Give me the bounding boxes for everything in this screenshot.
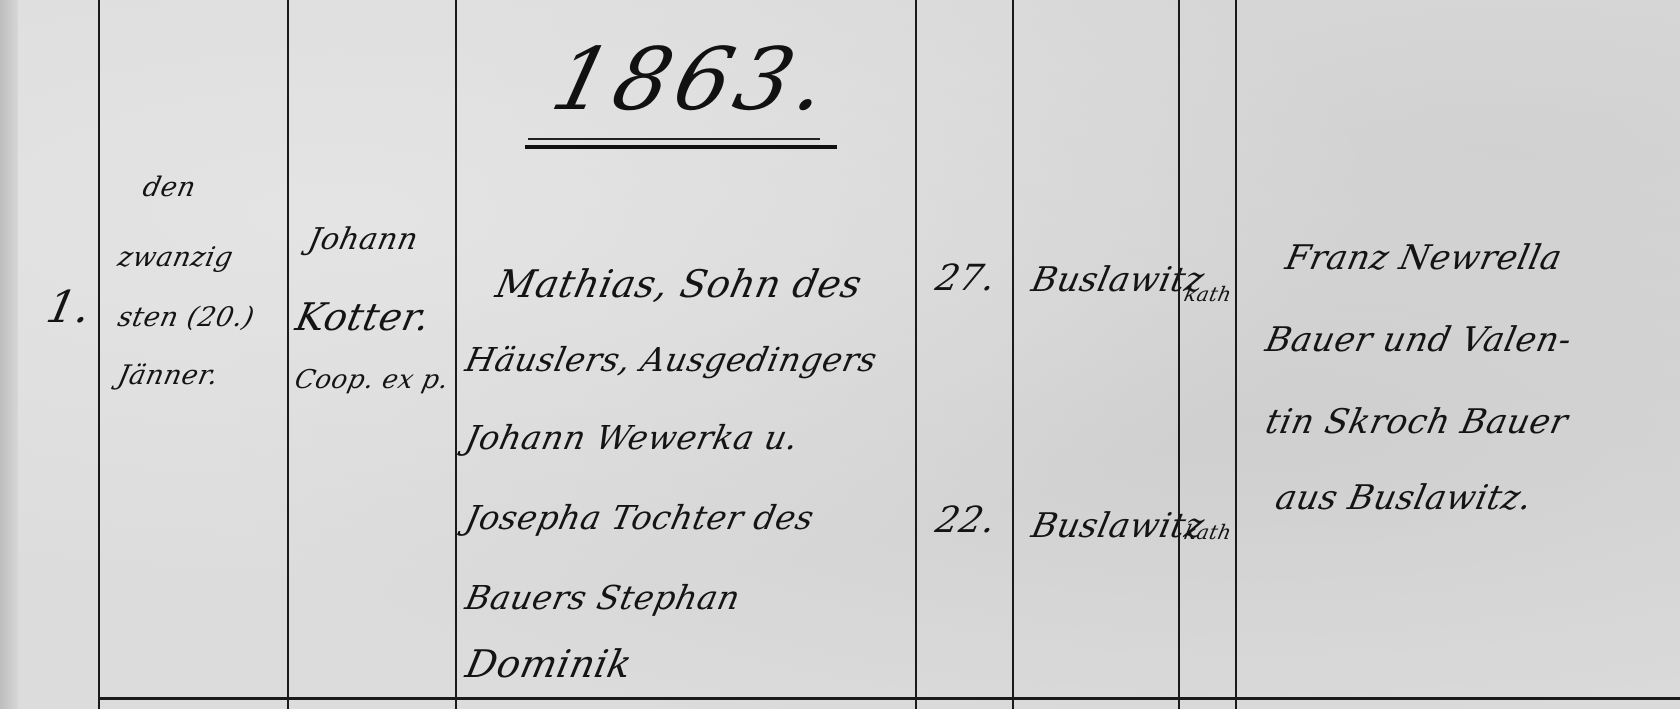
- mother-age: 22.: [932, 500, 999, 541]
- record-line: Bauers Stephan: [462, 578, 744, 617]
- record-line: Häuslers, Ausgedingers: [462, 340, 881, 379]
- date-line: zwanzig: [115, 242, 236, 273]
- year-underline: [525, 145, 837, 149]
- witness-line: Franz Newrella: [1282, 238, 1566, 278]
- mother-place: Buslawitz: [1028, 506, 1208, 546]
- column-divider: [1235, 0, 1237, 709]
- column-divider: [455, 0, 457, 709]
- officiant-line: Johann: [305, 222, 421, 257]
- column-divider: [287, 0, 289, 709]
- witness-line: Bauer und Valen-: [1262, 320, 1575, 360]
- record-line: Johann Wewerka u.: [462, 418, 802, 457]
- year-heading: 1863.: [543, 30, 844, 130]
- column-divider: [1012, 0, 1014, 709]
- date-line: den: [140, 172, 199, 203]
- record-line: Dominik: [462, 642, 636, 686]
- father-place: Buslawitz: [1028, 260, 1208, 300]
- date-line: sten (20.): [115, 302, 257, 333]
- year-underline: [528, 138, 820, 140]
- father-age: 27.: [932, 258, 999, 299]
- mother-religion: kath: [1182, 520, 1234, 544]
- register-page: 1863. 1. den zwanzig sten (20.) Jänner. …: [0, 0, 1680, 709]
- record-line: Josepha Tochter des: [462, 498, 818, 537]
- page-edge: [0, 0, 18, 709]
- row-bottom-rule: [98, 697, 1680, 700]
- record-line: Mathias, Sohn des: [492, 262, 866, 306]
- witness-line: tin Skroch Bauer: [1262, 402, 1572, 442]
- father-religion: kath: [1182, 282, 1234, 306]
- witness-line: aus Buslawitz.: [1272, 478, 1536, 518]
- column-divider: [915, 0, 917, 709]
- date-line: Jänner.: [115, 360, 221, 391]
- officiant-line: Kotter.: [292, 295, 434, 339]
- column-divider: [98, 0, 100, 709]
- column-divider: [1178, 0, 1180, 709]
- entry-number: 1.: [42, 282, 96, 333]
- officiant-line: Coop. ex p.: [292, 365, 451, 395]
